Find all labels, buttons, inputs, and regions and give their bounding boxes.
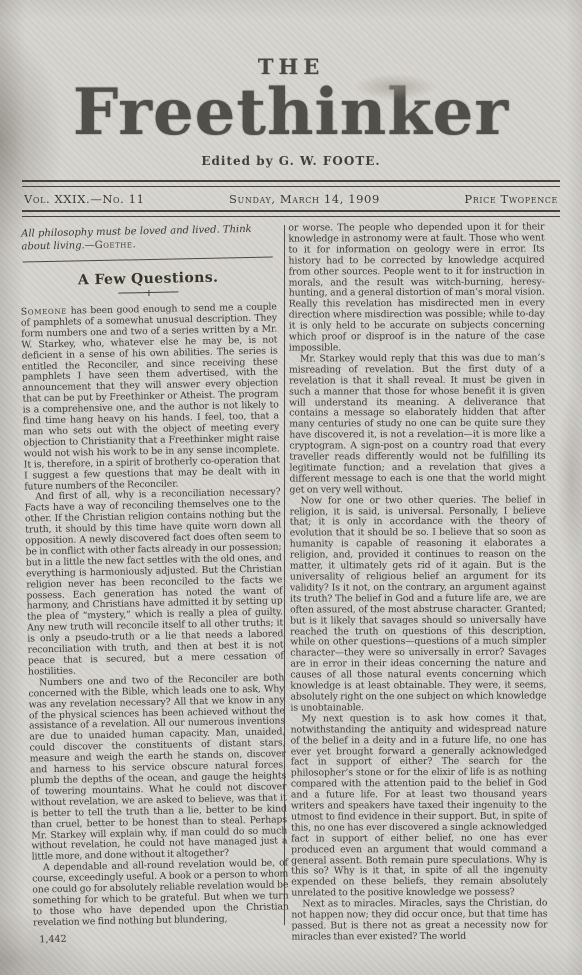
dateline: Vol. XXIX.—No. 11 Sunday, March 14, 1909… xyxy=(24,192,558,206)
right-column: or worse. The people who depended upon i… xyxy=(288,222,547,965)
article-title: A Few Questions. xyxy=(20,268,276,289)
paragraph-text: has been good enough to send me a couple… xyxy=(21,301,280,492)
epigraph: All philosophy must be loved and lived. … xyxy=(19,223,275,253)
newspaper-page: THE Freethinker Edited by G. W. FOOTE. V… xyxy=(0,0,582,975)
left-column: All philosophy must be loved and lived. … xyxy=(19,220,290,967)
volume-number: Vol. XXIX.—No. 11 xyxy=(24,192,145,206)
paper-stain xyxy=(352,74,438,100)
editor-byline: Edited by G. W. FOOTE. xyxy=(0,154,582,168)
article-paragraph: Numbers one and two of the Reconciler ar… xyxy=(28,673,288,864)
article-paragraph: Now for one or two other queries. The be… xyxy=(290,495,547,714)
publication-title: Freethinker xyxy=(0,81,582,145)
article-paragraph: A dependable and all-round revelation wo… xyxy=(32,859,289,930)
title-ornament xyxy=(118,291,178,297)
page-number: 1,442 xyxy=(33,929,289,945)
article-paragraph: Next as to miracles. Miracles, says the … xyxy=(291,899,547,944)
header-rule-top xyxy=(22,180,560,187)
epigraph-attribution: Goethe. xyxy=(95,239,137,251)
article-paragraph: My next question is to ask how comes it … xyxy=(291,713,548,900)
paper-stain xyxy=(556,390,582,570)
issue-price: Price Twopence xyxy=(464,192,558,206)
header-rule-bottom xyxy=(22,210,560,217)
article-paragraph: Someone has been good enough to send me … xyxy=(21,302,281,493)
epigraph-quote: All philosophy must be loved and lived. … xyxy=(21,224,252,252)
masthead: THE Freethinker Edited by G. W. FOOTE. xyxy=(0,0,582,168)
article-paragraph: Mr. Starkey would reply that this was du… xyxy=(289,353,546,496)
article-paragraph: or worse. The people who depended upon i… xyxy=(288,222,545,354)
epigraph-rule xyxy=(23,257,273,263)
issue-date: Sunday, March 14, 1909 xyxy=(229,192,380,206)
article-columns: All philosophy must be loved and lived. … xyxy=(22,223,560,965)
article-paragraph: And first of all, why is a reconciliatio… xyxy=(24,488,284,679)
